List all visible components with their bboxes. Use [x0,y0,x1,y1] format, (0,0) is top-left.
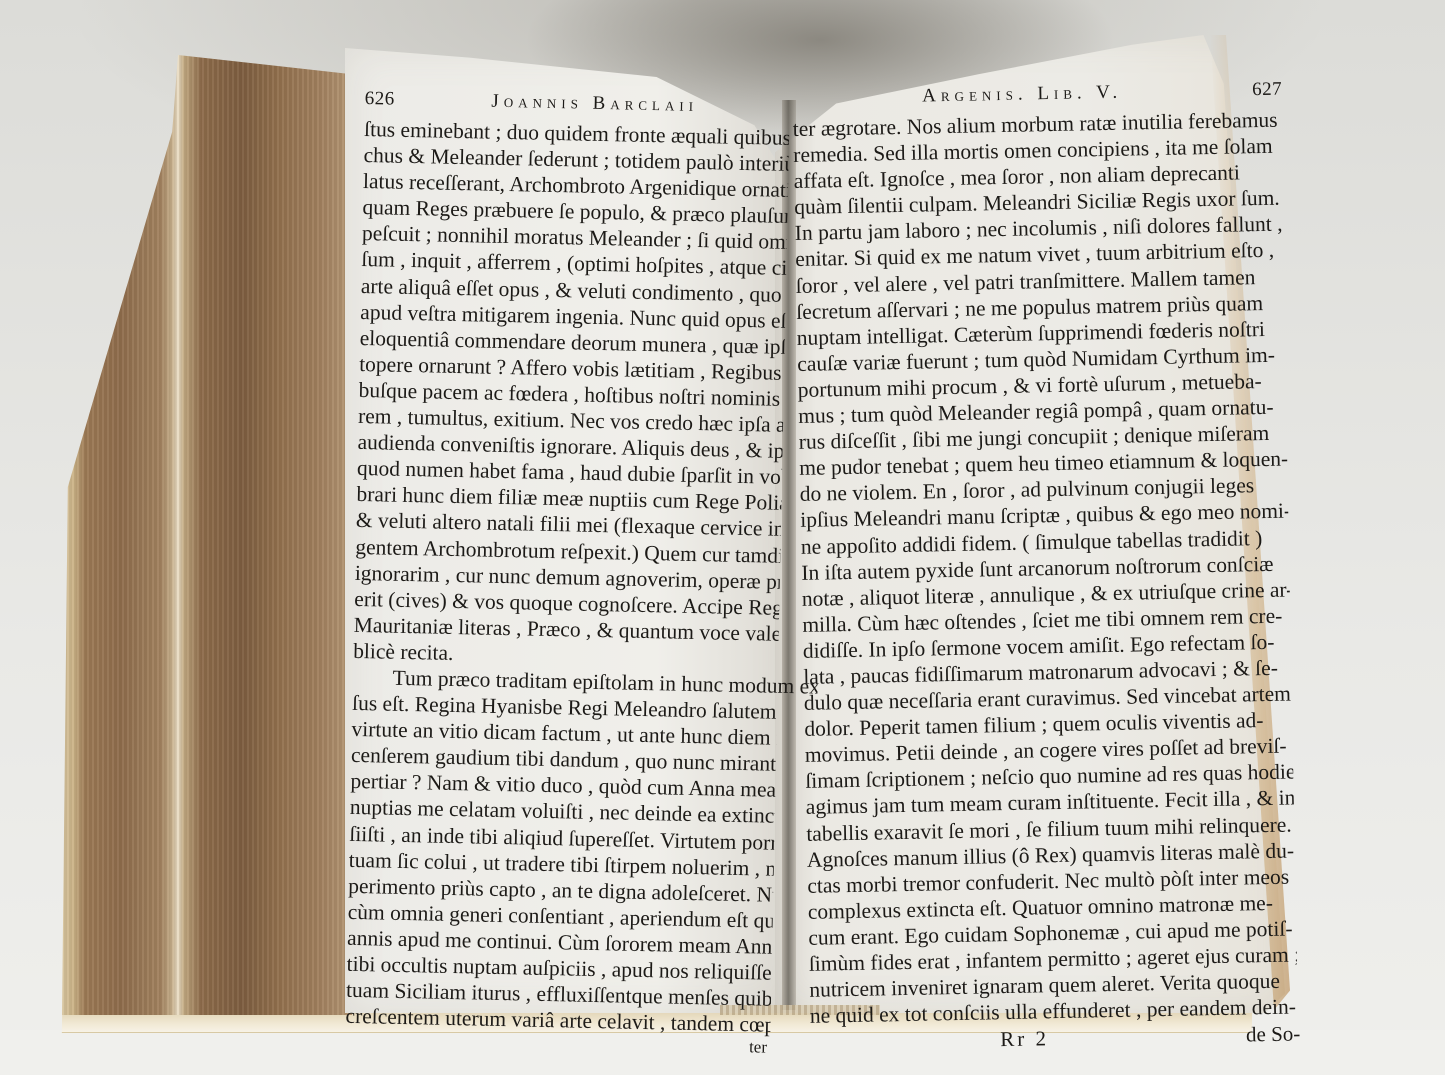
running-head: Joannis Barclaii [491,91,698,117]
running-head: Argenis. Lib. V. [922,82,1122,108]
book-fore-edge [62,55,352,1015]
left-page-text: 626 Joannis Barclaii ſtus eminebant ; du… [345,88,795,1058]
page-number: 626 [365,88,395,111]
open-book: 626 Joannis Barclaii ſtus eminebant ; du… [0,0,1445,1075]
signature-mark: Rr 2 [1000,1027,1049,1053]
right-page-text: Argenis. Lib. V. 627 ter ægrotare. Nos a… [792,79,1300,1057]
catchword: de So- [1246,1022,1301,1048]
page-number: 627 [1252,79,1282,102]
